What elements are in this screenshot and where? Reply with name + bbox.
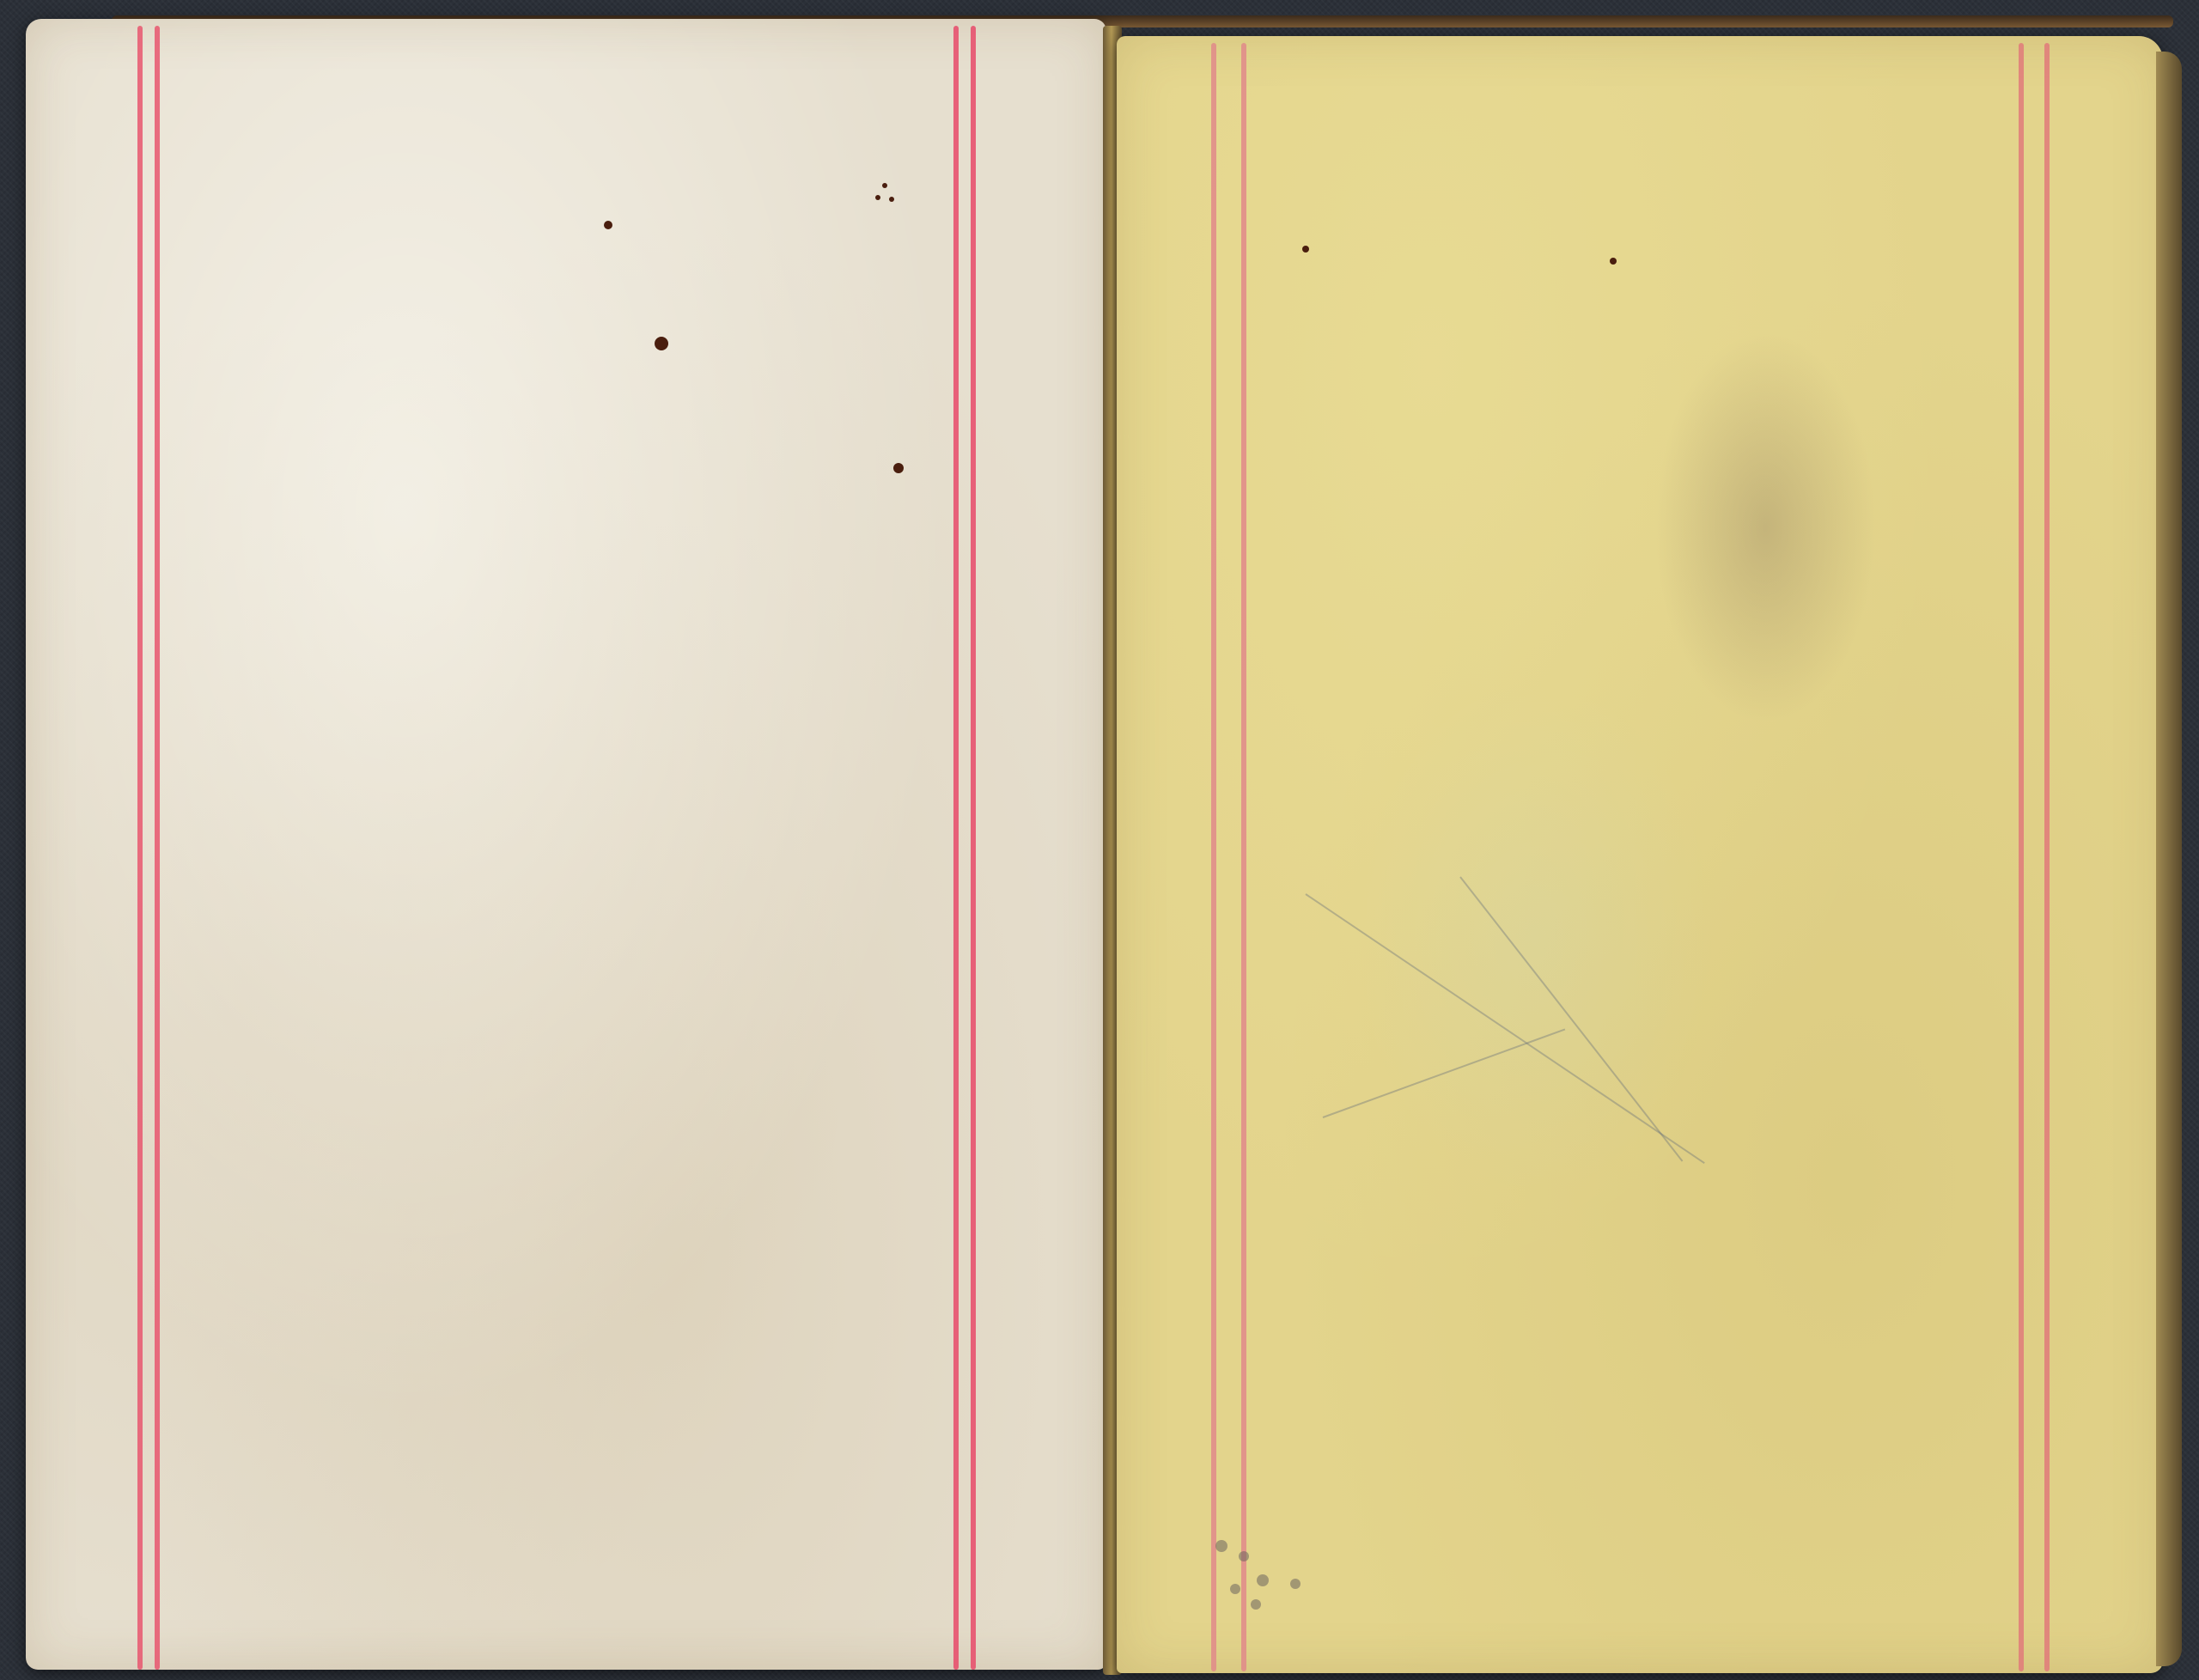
wormhole <box>604 221 612 229</box>
stain-spot <box>1215 1540 1227 1552</box>
stain-spot <box>1290 1579 1301 1589</box>
margin-rule <box>155 26 160 1670</box>
wormhole <box>893 463 904 473</box>
open-manuscript <box>0 0 2199 1680</box>
stain-spot <box>1239 1551 1249 1561</box>
margin-rule <box>2019 43 2024 1671</box>
stain-spot <box>1257 1574 1269 1586</box>
book-fore-edge <box>2156 52 2182 1666</box>
margin-rule <box>2044 43 2050 1671</box>
wormhole <box>882 183 887 188</box>
margin-rule <box>971 26 976 1670</box>
right-page <box>1117 36 2163 1673</box>
wormhole <box>1610 258 1617 265</box>
wormhole <box>1302 246 1309 253</box>
wormhole <box>875 195 880 200</box>
stain-spot <box>1230 1584 1240 1594</box>
margin-rule <box>1241 43 1246 1671</box>
left-page <box>26 19 1106 1670</box>
margin-rule <box>953 26 959 1670</box>
stain-spot <box>1251 1599 1261 1610</box>
wormhole <box>655 337 668 350</box>
margin-rule <box>1211 43 1216 1671</box>
wormhole <box>889 197 894 202</box>
margin-rule <box>137 26 143 1670</box>
